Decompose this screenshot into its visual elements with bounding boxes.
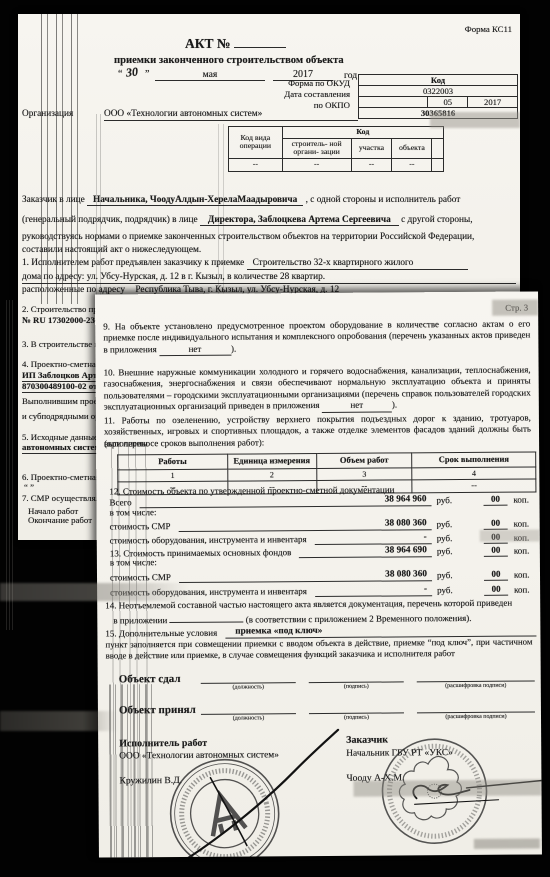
party-line-2: (генеральный подрядчик, подрядчик) в лиц…: [22, 215, 473, 226]
party-line2-pre: (генеральный подрядчик, подрядчик) в лиц…: [22, 215, 198, 225]
contractor-representative: Директора, Заблоцкева Артема Сергеевича: [200, 215, 399, 226]
organization-label: Организация: [22, 109, 73, 120]
date-compiled-label: Дата составления: [284, 89, 350, 100]
organization-value: ООО «Технологии автономных систем»: [104, 109, 358, 121]
fragment-performed: Выполнившим проек: [22, 396, 102, 407]
fragment-item4: 4. Проектно-сметная: [22, 359, 100, 370]
fragment-subcontractors: и субподрядными ор: [22, 411, 100, 422]
party-line-4: составили настоящий акт о нижеследующем.: [22, 245, 201, 256]
okpo-value: 30365816: [359, 107, 517, 118]
fragment-item7: 7. СМР осуществлял: [22, 493, 100, 504]
code-table-header: Код: [282, 127, 443, 139]
party-line1-post: , с одной стороны и исполнитель работ: [306, 195, 461, 205]
act-number-blank: [234, 36, 286, 48]
scan-streaks-mid1: [96, 114, 104, 314]
code-col-extra: [432, 138, 444, 158]
code-dash-1: --: [229, 158, 283, 171]
code-dash-5: [432, 158, 444, 171]
act-title-text: АКТ №: [185, 36, 230, 51]
code-col-site: участка: [351, 138, 392, 158]
party-line1-pre: Заказчик в лице: [22, 195, 85, 205]
party-line2-post: с другой стороны,: [401, 215, 472, 225]
code-box-header: Код: [359, 75, 517, 85]
date-code-year: 2017: [467, 97, 517, 107]
party-line-1: Заказчик в лице Начальника, ЧоодуАлдын-Х…: [22, 195, 460, 206]
okud-label: Форма по ОКУД: [288, 78, 350, 89]
customer-representative: Начальника, ЧоодуАлдын-ХерелаМаадыровича: [87, 195, 303, 206]
form-code-box: Код 0322003 05 2017 30365816: [358, 74, 518, 119]
code-dash-2: --: [282, 158, 351, 171]
item1-line1: 1. Исполнителем работ предъявлен заказчи…: [22, 258, 468, 270]
item1-object: Строительство 32-х квартирного жилого: [247, 258, 468, 270]
edge-noise-left: [6, 300, 13, 630]
scanned-document: Форма КС11 АКТ № приемки законченного ст…: [0, 0, 550, 877]
handwritten-signatures-icon: [95, 291, 542, 857]
party-line-3: руководствуясь нормами о приемке законче…: [22, 232, 474, 243]
operation-code-table: Код вида операции Код строитель- ной орг…: [228, 126, 444, 172]
code-col-object: объекта: [392, 138, 432, 158]
code-col-org: строитель- ной органи- зации: [282, 138, 351, 158]
form-ks11-label: Форма КС11: [465, 24, 512, 35]
date-open-quote: “: [118, 69, 122, 80]
act-title: АКТ №: [185, 36, 286, 49]
fragment-quotes: “ ”: [24, 482, 34, 493]
date-close-quote: ”: [145, 69, 149, 80]
date-code-empty: [359, 97, 427, 107]
code-dash-3: --: [351, 158, 392, 171]
item1-pre: 1. Исполнителем работ предъявлен заказчи…: [22, 258, 244, 268]
date-day-handwritten: 30: [125, 66, 138, 78]
date-code-month: 05: [427, 97, 467, 107]
date-code-row: 05 2017: [359, 96, 517, 107]
date-month: мая: [155, 69, 265, 81]
fragment-inn: 870300489100-02 от: [22, 381, 97, 393]
okud-value: 0322003: [359, 85, 517, 96]
act-page-3: Стр. 3 9. На объекте установлено предусм…: [95, 291, 542, 857]
fragment-permit: № RU 17302000-23-1: [22, 315, 102, 326]
fragment-item2: 2. Строительство про: [22, 304, 102, 315]
act-subtitle: приемки законченного строительством объе…: [114, 55, 344, 66]
fragment-end: Окончание работ: [28, 515, 92, 526]
fragment-item3: 3. В строительстве пр: [22, 339, 103, 350]
code-dash-4: --: [392, 158, 432, 171]
item1-line2: дома по адресу: ул. Убсу-Нурская, д. 12 …: [22, 272, 516, 284]
fragment-org: автономных систем: [22, 442, 100, 454]
code-col-operation: Код вида операции: [229, 127, 283, 159]
